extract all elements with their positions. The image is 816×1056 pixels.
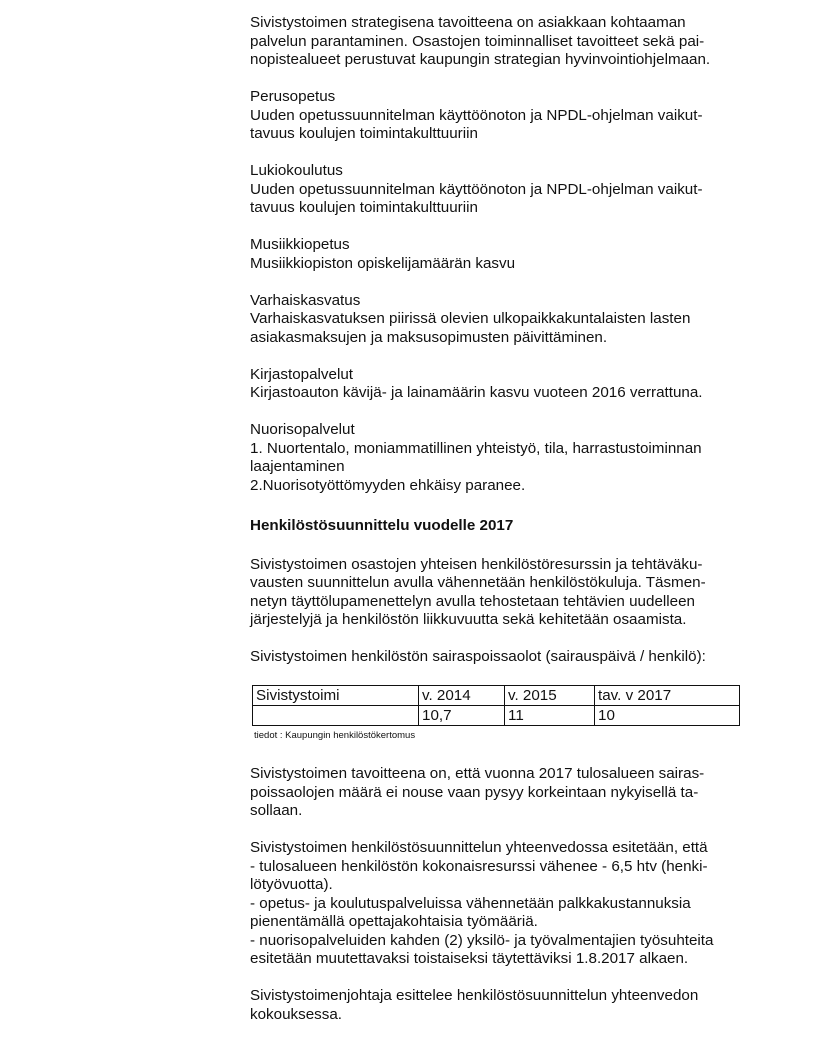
summary-paragraph: Sivistystoimen henkilöstösuunnittelun yh… xyxy=(250,839,750,969)
section-body-varhaiskasvatus: Varhaiskasvatuksen piirissä olevien ulko… xyxy=(250,310,750,347)
document-page: Sivistystoimen strategisena tavoitteena … xyxy=(250,14,750,667)
intro-paragraph: Sivistystoimen strategisena tavoitteena … xyxy=(250,14,750,70)
section-body-kirjastopalvelut: Kirjastoauton kävijä- ja lainamäärin kas… xyxy=(250,384,750,403)
table-header-cell: v. 2014 xyxy=(419,686,505,706)
section-body-lukiokoulutus: Uuden opetussuunnitelman käyttöönoton ja… xyxy=(250,181,750,218)
document-lower-section: Sivistystoimen tavoitteena on, että vuon… xyxy=(250,765,750,1024)
table-cell: 10 xyxy=(595,706,740,726)
sick-leave-caption: Sivistystoimen henkilöstön sairaspoissao… xyxy=(250,648,750,667)
section-title-nuorisopalvelut: Nuorisopalvelut xyxy=(250,421,750,440)
goal-paragraph: Sivistystoimen tavoitteena on, että vuon… xyxy=(250,765,750,821)
closing-paragraph: Sivistystoimenjohtaja esittelee henkilös… xyxy=(250,987,750,1024)
section-title-varhaiskasvatus: Varhaiskasvatus xyxy=(250,292,750,311)
section-body-musiikkiopetus: Musiikkiopiston opiskelijamäärän kasvu xyxy=(250,255,750,274)
staffing-paragraph: Sivistystoimen osastojen yhteisen henkil… xyxy=(250,556,750,630)
table-header-cell: Sivistystoimi xyxy=(253,686,419,706)
sick-leave-table: Sivistystoimi v. 2014 v. 2015 tav. v 201… xyxy=(252,685,740,726)
section-title-kirjastopalvelut: Kirjastopalvelut xyxy=(250,366,750,385)
section-title-musiikkiopetus: Musiikkiopetus xyxy=(250,236,750,255)
table-row: 10,7 11 10 xyxy=(253,706,740,726)
section-body-perusopetus: Uuden opetussuunnitelman käyttöönoton ja… xyxy=(250,107,750,144)
staffing-heading: Henkilöstösuunnittelu vuodelle 2017 xyxy=(250,517,750,536)
table-header-row: Sivistystoimi v. 2014 v. 2015 tav. v 201… xyxy=(253,686,740,706)
table-header-cell: v. 2015 xyxy=(505,686,595,706)
table-cell xyxy=(253,706,419,726)
table-source-note: tiedot : Kaupungin henkilöstökertomus xyxy=(254,730,415,741)
table-header-cell: tav. v 2017 xyxy=(595,686,740,706)
section-title-lukiokoulutus: Lukiokoulutus xyxy=(250,162,750,181)
table-cell: 10,7 xyxy=(419,706,505,726)
section-body-nuorisopalvelut: 1. Nuortentalo, moniammatillinen yhteist… xyxy=(250,440,750,496)
section-title-perusopetus: Perusopetus xyxy=(250,88,750,107)
table-cell: 11 xyxy=(505,706,595,726)
